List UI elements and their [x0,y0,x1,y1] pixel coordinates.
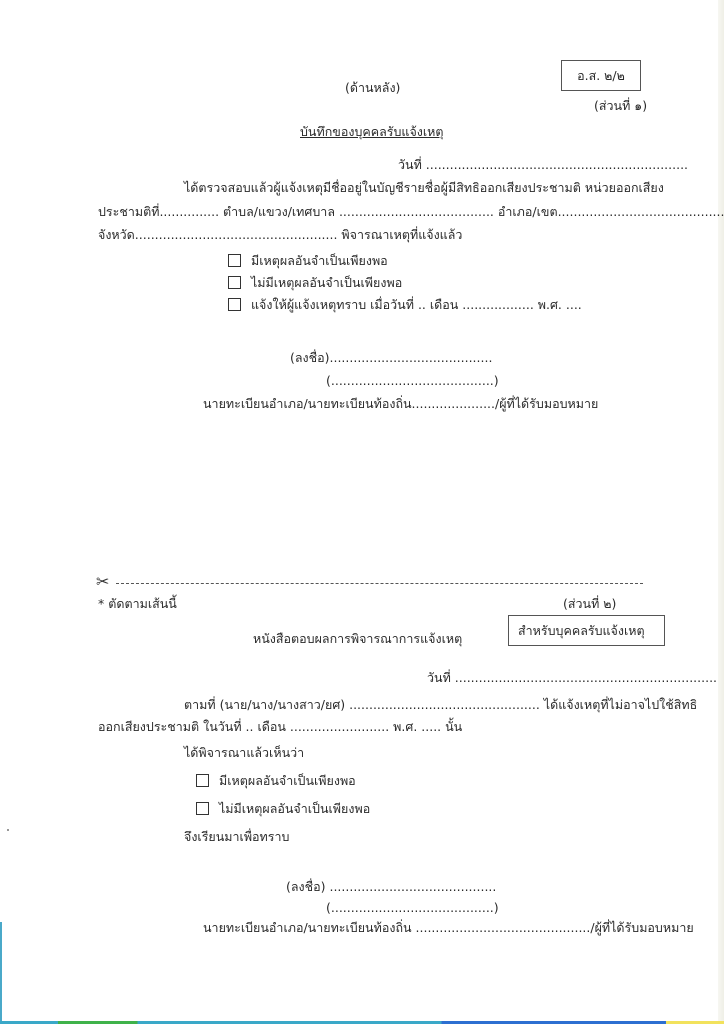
checkbox[interactable] [228,254,241,267]
part1-signature-name[interactable]: (.......................................… [326,373,499,389]
cut-line [116,583,643,584]
part1-signature-line[interactable]: (ลงชื่อ)................................… [290,350,492,366]
part1-para-line1: ได้ตรวจสอบแล้วผู้แจ้งเหตุมีชื่ออยู่ในบัญ… [184,180,664,196]
page-right-edge [718,0,724,1024]
form-code-box: อ.ส. ๒/๒ [561,60,641,91]
part2-label: (ส่วนที่ ๒) [563,596,616,612]
option-label: ไม่มีเหตุผลอันจำเป็นเพียงพอ [219,801,370,816]
option-label: มีเหตุผลอันจำเป็นเพียงพอ [219,773,356,788]
part1-option-insufficient[interactable]: ไม่มีเหตุผลอันจำเป็นเพียงพอ [228,275,402,291]
part2-para-line2[interactable]: ออกเสียงประชามติ ในวันที่ .. เดือน .....… [98,719,462,735]
checkbox[interactable] [196,774,209,787]
option-label: แจ้งให้ผู้แจ้งเหตุทราบ เมื่อวันที่ .. เด… [251,297,582,312]
scissors-icon: ✂ [96,572,109,591]
part1-title: บันทึกของบุคคลรับแจ้งเหตุ [300,124,444,140]
part2-signature-title: นายทะเบียนอำเภอ/นายทะเบียนท้องถิ่น .....… [203,920,694,936]
recipient-label: สำหรับบุคคลรับแจ้งเหตุ [518,621,645,641]
form-code: อ.ส. ๒/๒ [577,66,625,86]
part2-signature-line[interactable]: (ลงชื่อ) ...............................… [286,879,496,895]
part2-closing: จึงเรียนมาเพื่อทราบ [184,829,289,845]
part1-option-sufficient[interactable]: มีเหตุผลอันจำเป็นเพียงพอ [228,253,388,269]
part2-option-sufficient[interactable]: มีเหตุผลอันจำเป็นเพียงพอ [196,773,356,789]
part1-para-line3[interactable]: จังหวัด.................................… [98,227,462,243]
side-label: (ด้านหลัง) [345,80,400,96]
cut-instruction: * ตัดตามเส้นนี้ [98,596,177,612]
part2-date-line[interactable]: วันที่ .................................… [427,670,717,686]
recipient-box: สำหรับบุคคลรับแจ้งเหตุ [508,615,665,646]
part2-signature-name[interactable]: (.......................................… [326,900,499,916]
scan-speck [7,829,9,831]
part1-option-notify[interactable]: แจ้งให้ผู้แจ้งเหตุทราบ เมื่อวันที่ .. เด… [228,297,582,313]
part2-option-insufficient[interactable]: ไม่มีเหตุผลอันจำเป็นเพียงพอ [196,801,370,817]
option-label: มีเหตุผลอันจำเป็นเพียงพอ [251,253,388,268]
checkbox[interactable] [228,276,241,289]
part1-date-line[interactable]: วันที่ .................................… [398,157,688,173]
part2-title: หนังสือตอบผลการพิจารณาการแจ้งเหตุ [253,631,462,647]
page-left-edge [0,922,2,1024]
part2-para-line1[interactable]: ตามที่ (นาย/นาง/นางสาว/ยศ) .............… [184,697,697,713]
part1-signature-title: นายทะเบียนอำเภอ/นายทะเบียนท้องถิ่น......… [203,396,598,412]
checkbox[interactable] [196,802,209,815]
part1-label: (ส่วนที่ ๑) [594,98,647,114]
part1-para-line2[interactable]: ประชามติที่............... ตำบล/แขวง/เทศ… [98,204,724,220]
checkbox[interactable] [228,298,241,311]
part2-considered: ได้พิจารณาแล้วเห็นว่า [184,745,304,761]
option-label: ไม่มีเหตุผลอันจำเป็นเพียงพอ [251,275,402,290]
